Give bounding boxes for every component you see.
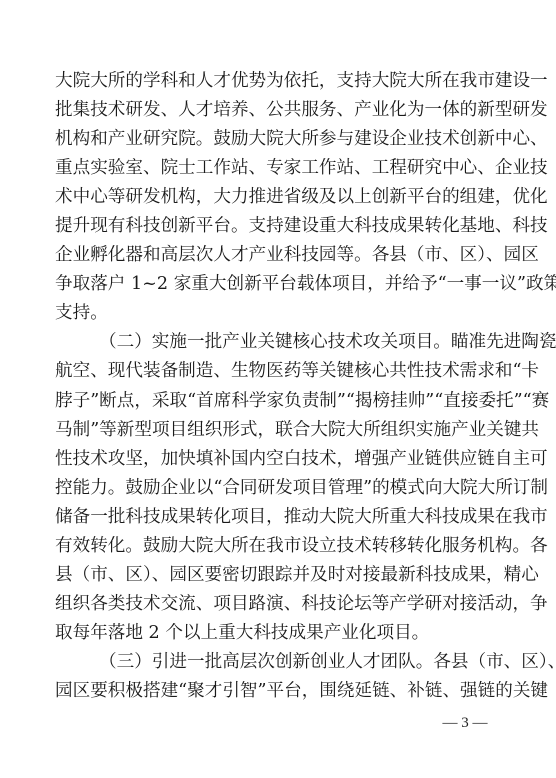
- text-line: （三）引进一批高层次创新创业人才团队。各县（市、区）、: [55, 648, 497, 677]
- text-line: 控能力。鼓励企业以“合同研发项目管理”的模式向大院大所订制: [55, 474, 497, 503]
- text-line: 有效转化。鼓励大院大所在我市设立技术转移转化服务机构。各: [55, 532, 497, 561]
- text-line: 支持。: [55, 299, 497, 328]
- body-text: 大院大所的学科和人才优势为依托，支持大院大所在我市建设一批集技术研发、人才培养、…: [55, 67, 497, 706]
- text-line: 机构和产业研究院。鼓励大院大所参与建设企业技术创新中心、: [55, 125, 497, 154]
- text-line: 航空、现代装备制造、生物医药等关键核心共性技术需求和“卡: [55, 357, 497, 386]
- text-line: 性技术攻坚，加快填补国内空白技术，增强产业链供应链自主可: [55, 445, 497, 474]
- text-line: 县（市、区）、园区要密切跟踪并及时对接最新科技成果，精心: [55, 561, 497, 590]
- text-line: 脖子”断点，采取“首席科学家负责制”“揭榜挂帅”“直接委托”“赛: [55, 387, 497, 416]
- text-line: 重点实验室、院士工作站、专家工作站、工程研究中心、企业技: [55, 154, 497, 183]
- text-line: 提升现有科技创新平台。支持建设重大科技成果转化基地、科技: [55, 212, 497, 241]
- text-line: 争取落户 1~2 家重大创新平台载体项目，并给予“一事一议”政策: [55, 270, 497, 299]
- text-line: 企业孵化器和高层次人才产业科技园等。各县（市、区）、园区: [55, 241, 497, 270]
- text-line: 园区要积极搭建“聚才引智”平台，围绕延链、补链、强链的关键: [55, 677, 497, 706]
- text-line: 术中心等研发机构，大力推进省级及以上创新平台的组建，优化: [55, 183, 497, 212]
- document-page: 大院大所的学科和人才优势为依托，支持大院大所在我市建设一批集技术研发、人才培养、…: [0, 0, 556, 778]
- text-line: 组织各类技术交流、项目路演、科技论坛等产学研对接活动，争: [55, 590, 497, 619]
- text-line: 大院大所的学科和人才优势为依托，支持大院大所在我市建设一: [55, 67, 497, 96]
- text-line: 批集技术研发、人才培养、公共服务、产业化为一体的新型研发: [55, 96, 497, 125]
- page-number: — 3 —: [430, 715, 500, 732]
- text-line: 取每年落地 2 个以上重大科技成果产业化项目。: [55, 619, 497, 648]
- text-line: 储备一批科技成果转化项目，推动大院大所重大科技成果在我市: [55, 503, 497, 532]
- text-line: 马制”等新型项目组织形式，联合大院大所组织实施产业关键共: [55, 416, 497, 445]
- text-line: （二）实施一批产业关键核心技术攻关项目。瞄准先进陶瓷、: [55, 328, 497, 357]
